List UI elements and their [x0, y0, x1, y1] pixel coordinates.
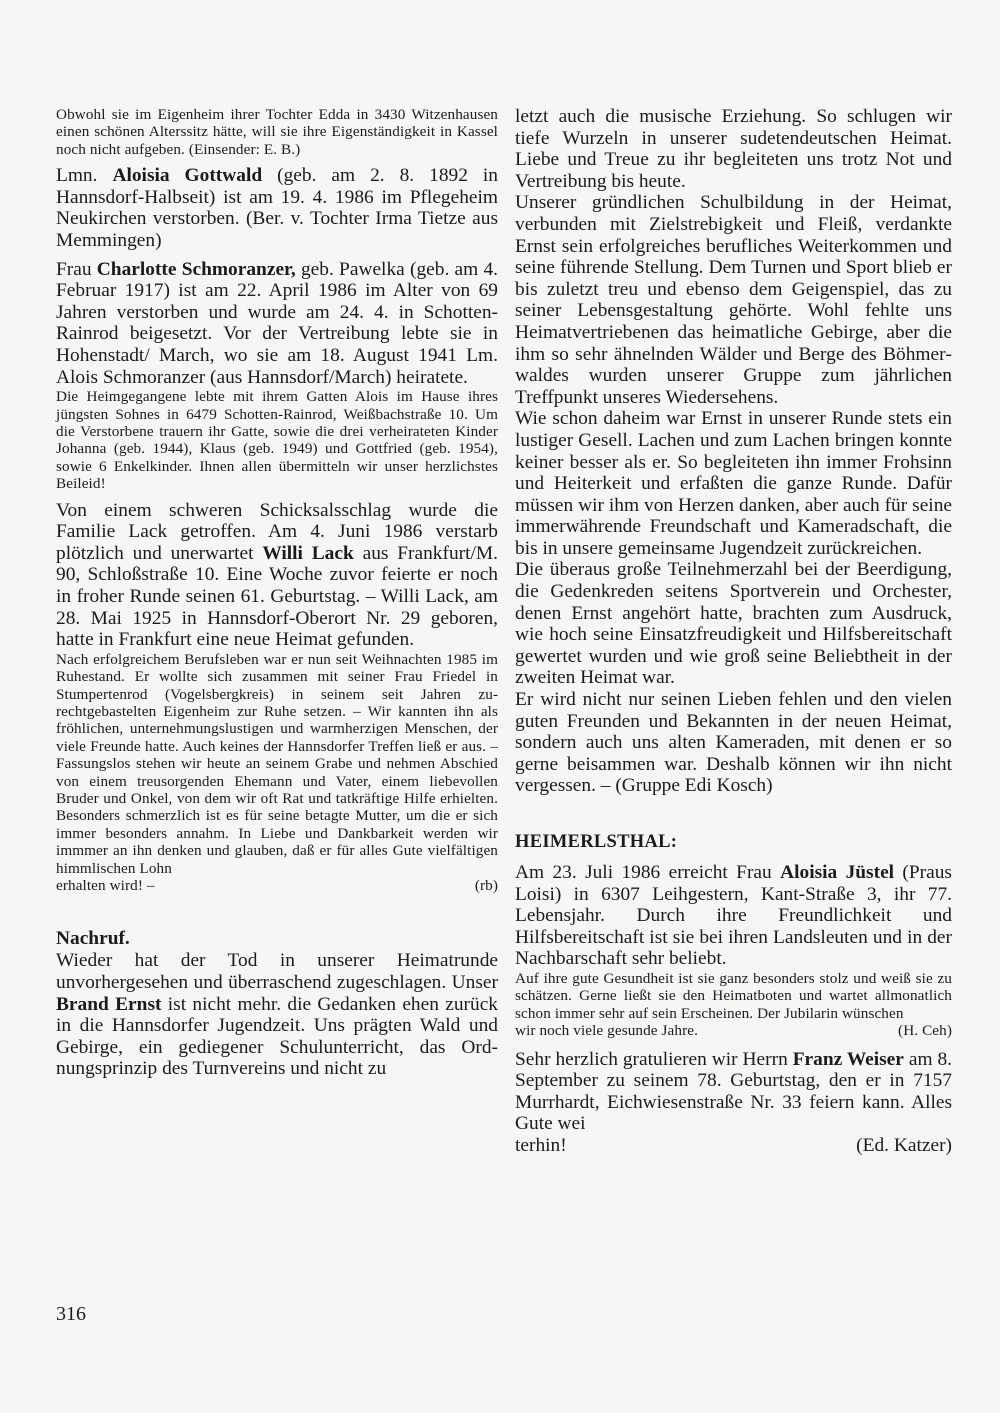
signature-line-rb: erhalten wird! – (rb) [56, 877, 498, 894]
person-name: Aloisia Gottwald [112, 165, 262, 186]
notice-brand-ernst: Wieder hat der Tod in unserer Heimatrund… [56, 950, 498, 1080]
page-number: 316 [56, 1303, 86, 1326]
person-name: Brand Ernst [56, 994, 161, 1015]
author-signature: (H. Ceh) [898, 1022, 952, 1039]
notice-aloisia-juestel: Am 23. Juli 1986 erreicht Frau Aloisia J… [515, 862, 952, 970]
paragraph-lack-life: Nach erfolgreichem Berufsleben war er nu… [56, 651, 498, 877]
nachruf-heading: Nachruf. [56, 928, 498, 950]
author-signature: (rb) [475, 877, 498, 894]
notice-charlotte-schmoranzer: Frau Charlotte Schmoranzer, geb. Pawelka… [56, 259, 498, 389]
paragraph-gottwald-intro: Obwohl sie im Eigenheim ihrer Tochter Ed… [56, 106, 498, 158]
person-name: Aloisia Jüstel [780, 862, 894, 883]
document-page: Obwohl sie im Eigenheim ihrer Tochter Ed… [0, 0, 1000, 1413]
right-column: letzt auch die musische Erziehung. So sc… [515, 106, 952, 1157]
signature-line-katzer: terhin! (Ed. Katzer) [515, 1135, 952, 1157]
notice-franz-weiser: Sehr herzlich gratulieren wir Herrn Fran… [515, 1049, 952, 1135]
paragraph-ernst-roots: letzt auch die musische Erziehung. So sc… [515, 106, 952, 192]
paragraph-ernst-humor: Wie schon daheim war Ernst in unserer Ru… [515, 408, 952, 559]
author-signature: (Ed. Katzer) [856, 1135, 952, 1157]
paragraph-juestel-health: Auf ihre gute Gesundheit ist sie ganz be… [515, 970, 952, 1022]
signature-line-ceh: wir noch viele gesunde Jahre. (H. Ceh) [515, 1022, 952, 1039]
paragraph-ernst-career: Unserer gründlichen Schulbildung in der … [515, 192, 952, 408]
person-name: Willi Lack [262, 543, 353, 564]
person-name: Franz Weiser [793, 1049, 904, 1070]
person-name: Charlotte Schmoranzer, [97, 259, 296, 280]
left-column: Obwohl sie im Eigenheim ihrer Tochter Ed… [56, 106, 498, 1080]
paragraph-ernst-funeral: Die überaus große Teilnehmerzahl bei der… [515, 559, 952, 689]
notice-aloisia-gottwald: Lmn. Aloisia Gottwald (geb. am 2. 8. 189… [56, 165, 498, 251]
paragraph-ernst-farewell: Er wird nicht nur seinen Lieben fehlen u… [515, 689, 952, 797]
notice-willi-lack: Von einem schweren Schicksalsschlag wur­… [56, 500, 498, 651]
section-heading-heimerlsthal: HEIMERLSTHAL: [515, 831, 952, 853]
paragraph-schmoranzer-family: Die Heimgegangene lebte mit ihrem Gatten… [56, 388, 498, 492]
